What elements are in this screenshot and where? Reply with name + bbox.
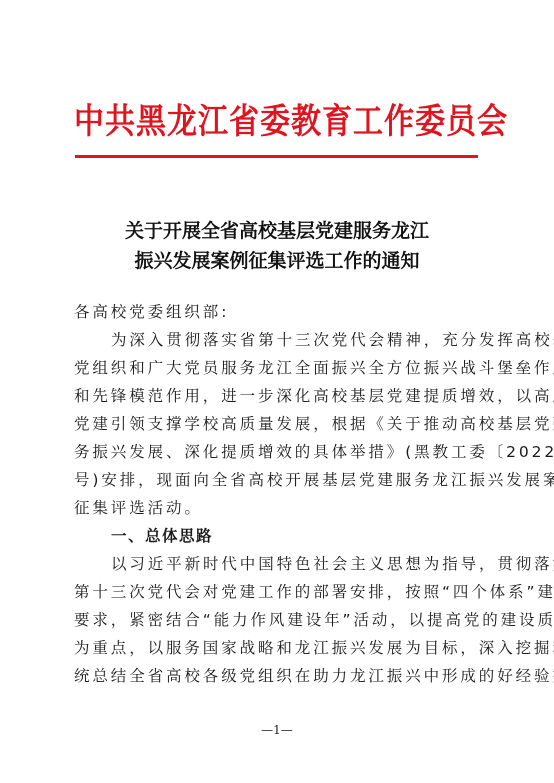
paragraph-line: 党组织和广大党员服务龙江全面振兴全方位振兴战斗堡垒作用: [74, 354, 486, 382]
paragraph-line: 号)安排，现面向全省高校开展基层党建服务龙江振兴发展案例: [74, 466, 486, 494]
paragraph-line: 第十三次党代会对党建工作的部署安排，按照“四个体系”建设: [74, 578, 486, 606]
paragraph-line: 为深入贯彻落实省第十三次党代会精神，充分发挥高校基层: [74, 326, 486, 354]
intro-paragraph: 为深入贯彻落实省第十三次党代会精神，充分发挥高校基层 党组织和广大党员服务龙江全…: [74, 326, 486, 522]
section1-paragraph: 以习近平新时代中国特色社会主义思想为指导，贯彻落实省 第十三次党代会对党建工作的…: [74, 550, 486, 690]
salutation: 各高校党委组织部:: [74, 298, 486, 326]
paragraph-line: 以习近平新时代中国特色社会主义思想为指导，贯彻落实省: [74, 550, 486, 578]
paragraph-line: 为重点，以服务国家战略和龙江振兴发展为目标，深入挖掘和系: [74, 634, 486, 662]
paragraph-line: 党建引领支撑学校高质量发展，根据《关于推动高校基层党建服: [74, 410, 486, 438]
paragraph-line: 务振兴发展、深化提质增效的具体举措》(黑教工委〔2022〕31: [74, 438, 486, 466]
section-heading-overall-approach: 一、总体思路: [74, 522, 486, 550]
document-body: 各高校党委组织部: 为深入贯彻落实省第十三次党代会精神，充分发挥高校基层 党组织…: [74, 298, 486, 690]
page-number: —1—: [0, 723, 554, 737]
document-page: 中共黑龙江省委教育工作委员会 关于开展全省高校基层党建服务龙江 振兴发展案例征集…: [0, 0, 554, 783]
paragraph-line: 征集评选活动。: [74, 494, 486, 522]
issuing-organization-header: 中共黑龙江省委教育工作委员会: [74, 96, 482, 149]
paragraph-line: 统总结全省高校各级党组织在助力龙江振兴中形成的好经验好: [74, 662, 486, 690]
red-divider-line: [75, 155, 478, 158]
paragraph-line: 和先锋模范作用，进一步深化高校基层党建提质增效，以高质量: [74, 382, 486, 410]
paragraph-line: 要求，紧密结合“能力作风建设年”活动，以提高党的建设质量: [74, 606, 486, 634]
document-title: 关于开展全省高校基层党建服务龙江 振兴发展案例征集评选工作的通知: [60, 216, 494, 276]
document-title-line-2: 振兴发展案例征集评选工作的通知: [60, 246, 494, 276]
document-title-line-1: 关于开展全省高校基层党建服务龙江: [60, 216, 494, 246]
